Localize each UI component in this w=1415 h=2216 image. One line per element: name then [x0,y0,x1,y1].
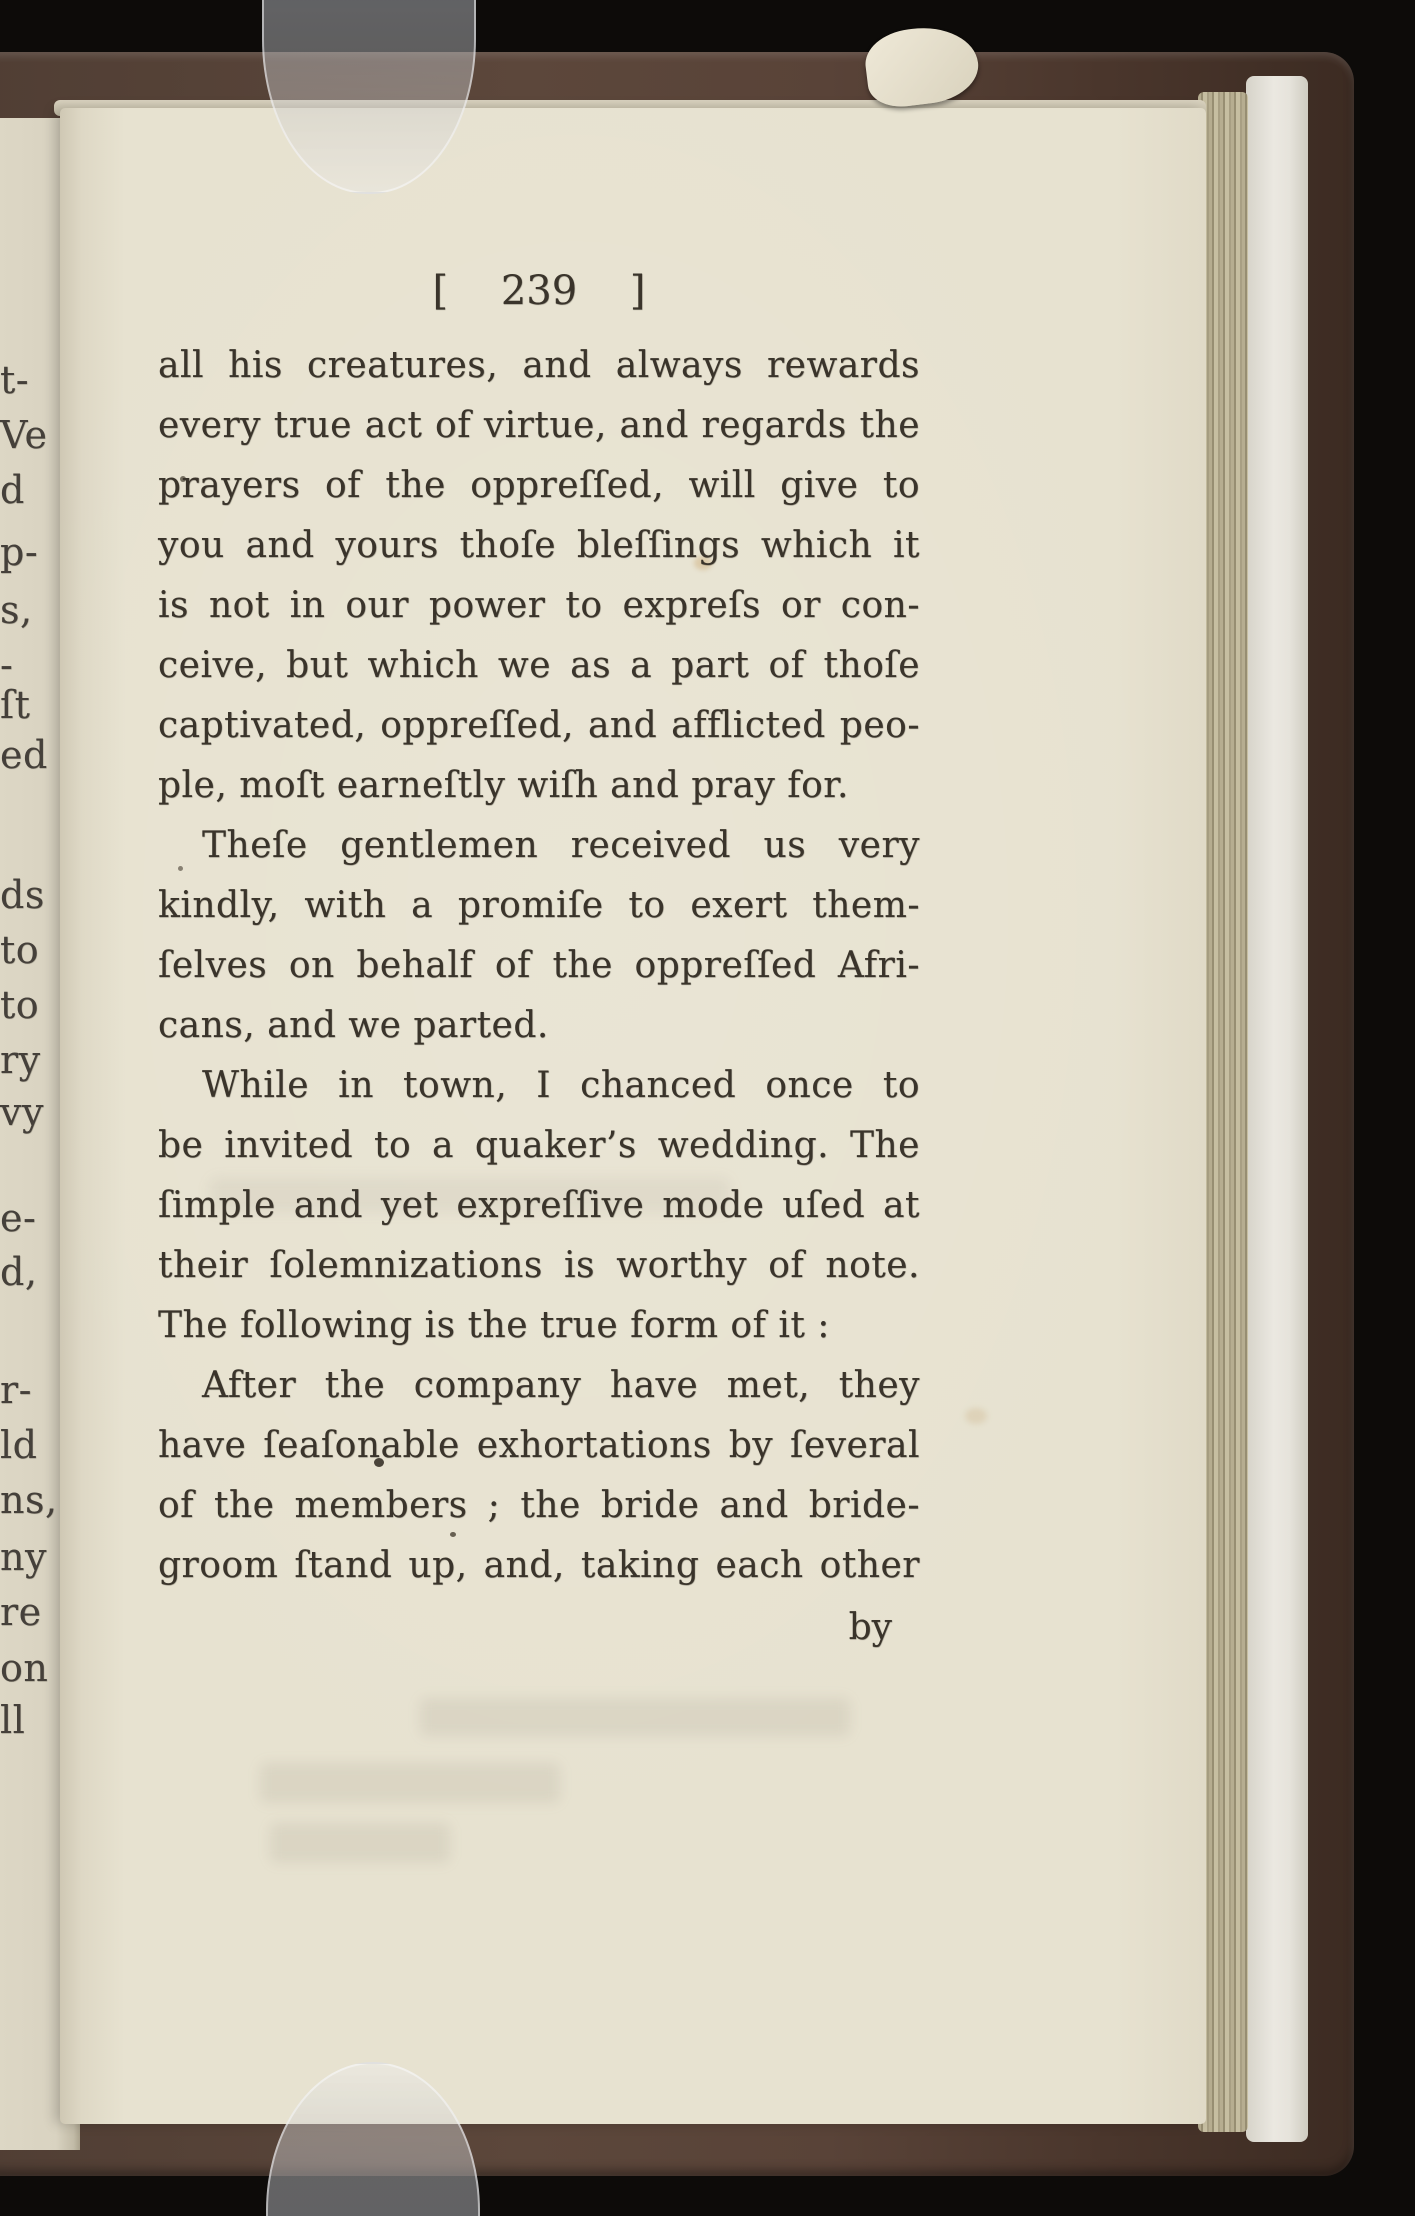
previous-page-text-fragment: ſt [0,685,34,725]
text-line: cans, and we parted. [158,996,920,1056]
previous-page-text-fragment: t- [0,360,34,400]
previous-page-text-fragment: to [0,985,34,1025]
previous-page-text-fragment: d [0,470,34,510]
text-line: all his creatures, and always rewards [158,336,920,396]
previous-page-text-fragment: e- [0,1198,34,1238]
previous-page-text-fragment: ny [0,1537,34,1577]
text-line: groom ſtand up, and, taking each other [158,1536,920,1596]
text-line: The following is the true form of it : [158,1296,920,1356]
text-line: captivated, oppreſſed, and afflicted peo… [158,696,920,756]
text-line: While in town, I chanced once to [158,1056,920,1116]
previous-page-text-fragment: ll [0,1700,34,1740]
text-line: every true act of virtue, and regards th… [158,396,920,456]
text-line: you and yours thoſe bleſſings which it [158,516,920,576]
guard-sheet [1246,76,1308,2142]
previous-page-text-fragment: to [0,930,34,970]
bleed-through-smudge [270,1823,450,1863]
previous-page-text-fragment: re [0,1592,34,1632]
foxing-spot [965,1408,987,1424]
text-line: be invited to a quaker’s wedding. The [158,1116,920,1176]
text-block: all his creatures, and always rewardseve… [158,336,920,1596]
text-line: Theſe gentlemen received us very [158,816,920,876]
previous-page-text-fragment: vy [0,1092,34,1132]
bleed-through-smudge [260,1763,560,1803]
previous-page-text-fragment: p- [0,532,34,572]
book-photograph: [ 239 ] all his creatures, and always re… [0,0,1415,2216]
previous-page-text-fragment: s, [0,590,34,630]
previous-page-text-fragment: ry [0,1040,34,1080]
text-line: ſelves on behalf of the oppreſſed Afri- [158,936,920,996]
previous-page-text-fragment: ed [0,735,34,775]
previous-page-text-fragment: - [0,645,34,685]
text-line: of the members ; the bride and bride- [158,1476,920,1536]
text-line: their ſolemnizations is worthy of note. [158,1236,920,1296]
text-line: is not in our power to expreſs or con- [158,576,920,636]
previous-page-text-fragment: Ve [0,415,34,455]
catchword: by [158,1598,920,1658]
text-line: prayers of the oppreſſed, will give to [158,456,920,516]
previous-page-text-fragment: on [0,1648,34,1688]
text-line: have ſeaſonable exhortations by ſeveral [158,1416,920,1476]
page-number-header: [ 239 ] [158,268,920,326]
previous-page-text-fragment: ns, [0,1480,34,1520]
previous-page-text-fragment: ds [0,875,34,915]
text-line: kindly, with a promiſe to exert them- [158,876,920,936]
previous-page-text-fragment: r- [0,1370,34,1410]
bleed-through-smudge [420,1698,850,1736]
text-line: ceive, but which we as a part of thoſe [158,636,920,696]
text-line: After the company have met, they [158,1356,920,1416]
previous-page-text-fragment: d, [0,1252,34,1292]
text-line: ſimple and yet expreſſive mode uſed at [158,1176,920,1236]
text-line: ple, moſt earneſtly wiſh and pray for. [158,756,920,816]
previous-page-text-fragment: ld [0,1425,34,1465]
